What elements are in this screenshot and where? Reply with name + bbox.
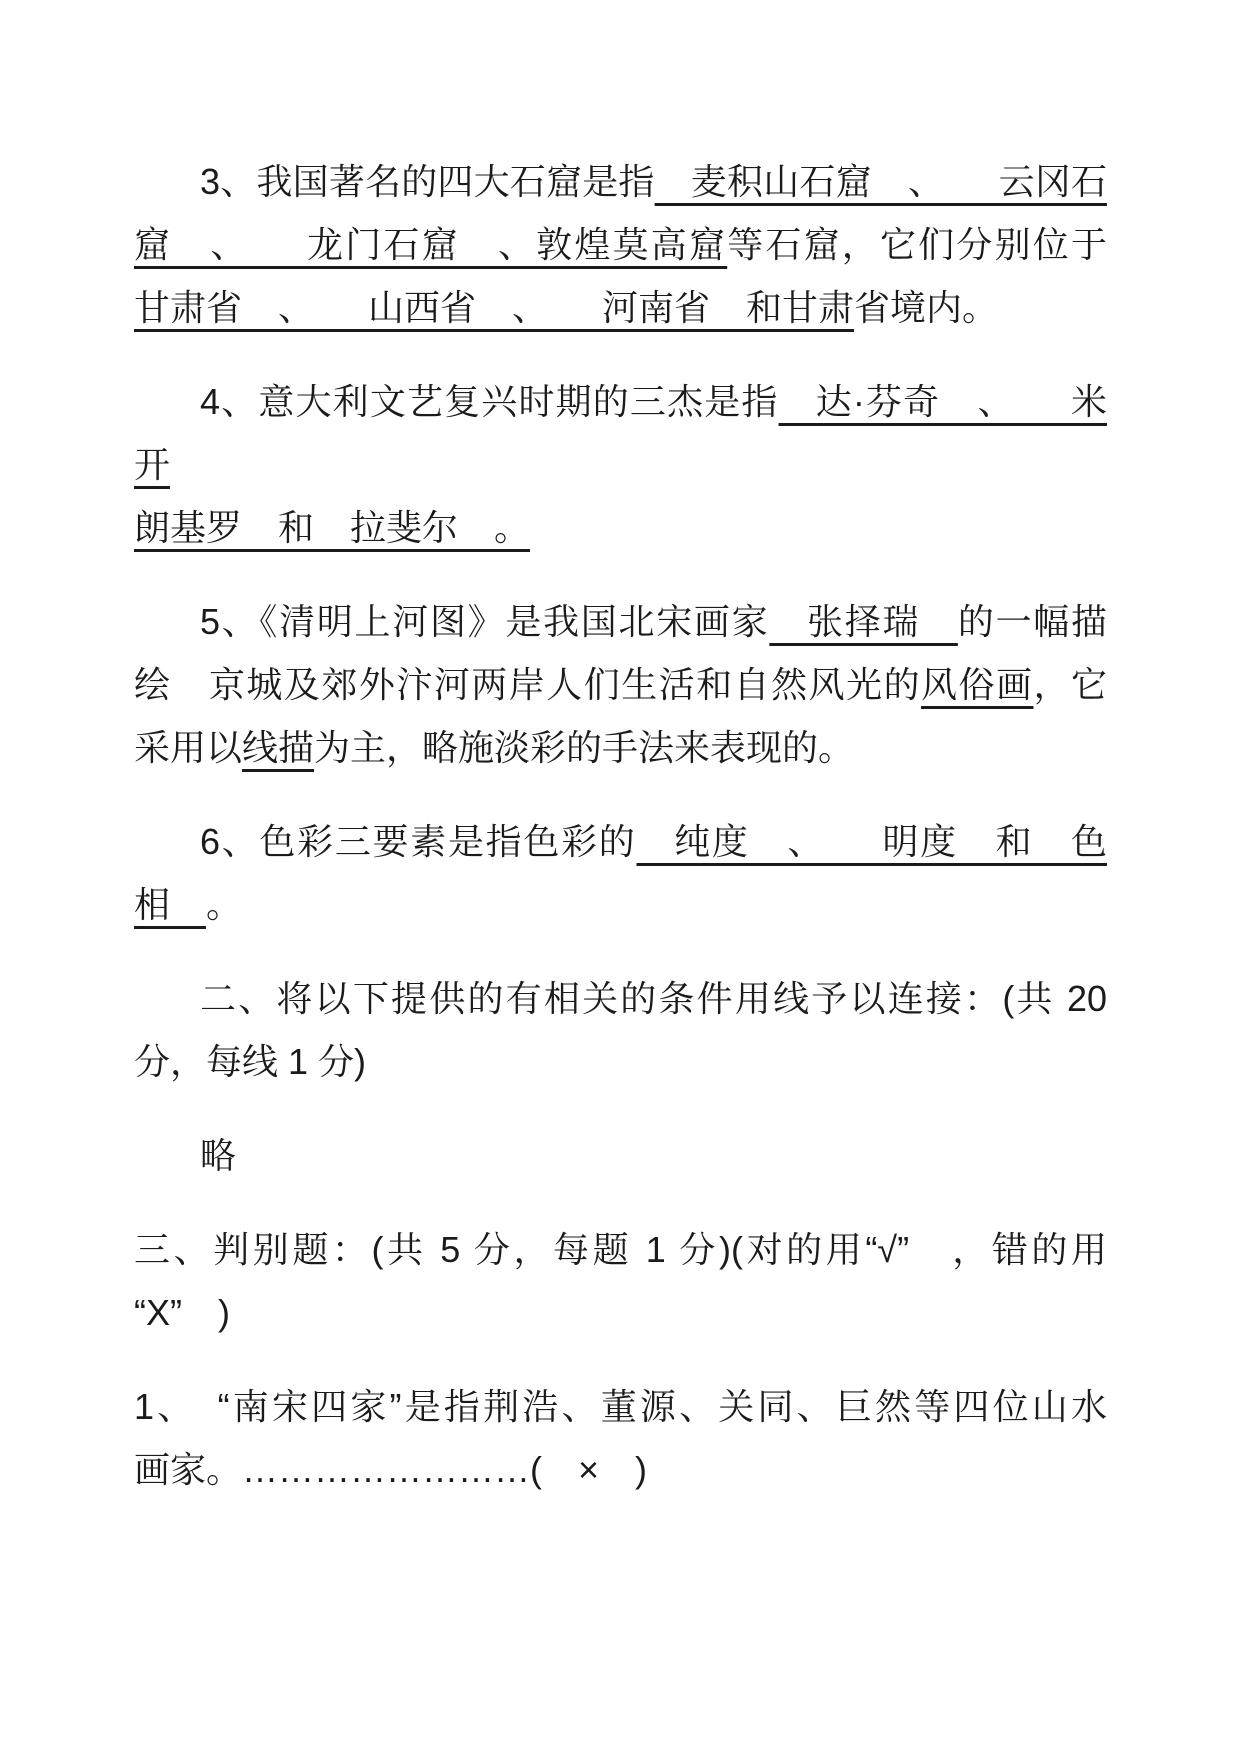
paragraph-question-4: 4、意大利文艺复兴时期的三杰是指 达·芬奇 、 米开朗基罗 和 拉斐尔 。 xyxy=(134,370,1107,559)
text-line: 4、意大利文艺复兴时期的三杰是指 达·芬奇 、 米开 xyxy=(134,370,1107,496)
text-line: 甘肃省 、 山西省 、 河南省 和甘肃省境内。 xyxy=(134,276,1107,339)
text-segment: 。 xyxy=(206,884,242,925)
text-line: 三、判别题：(共 5 分，每题 1 分)(对的用“√” ，错的用 xyxy=(134,1218,1107,1281)
answer-blank: 线描 xyxy=(242,727,314,768)
text-line: 画家。……………………( × ) xyxy=(134,1438,1107,1501)
text-segment: 等石窟，它们分别位于 xyxy=(727,224,1107,265)
text-line: 5、《清明上河图》是我国北宋画家 张择瑞 的一幅描 xyxy=(134,590,1107,653)
text-segment: 3、我国著名的四大石窟是指 xyxy=(200,161,655,202)
answer-blank: 朗基罗 和 拉斐尔 。 xyxy=(134,507,530,548)
answer-blank: 窟 、 龙门石窟 、敦煌莫高窟 xyxy=(134,224,727,265)
answer-blank: 风俗画 xyxy=(921,664,1033,705)
text-segment: 的一幅描 xyxy=(958,601,1107,642)
answer-blank: 甘肃省 、 山西省 、 河南省 和甘肃 xyxy=(134,287,854,328)
text-segment: 采用以 xyxy=(134,727,242,768)
text-segment: 1、 “南宋四家”是指荆浩、董源、关同、巨然等四位山水 xyxy=(134,1386,1107,1427)
text-segment: 省境内。 xyxy=(854,287,998,328)
text-segment: ，它 xyxy=(1033,664,1106,705)
text-segment: 6、色彩三要素是指色彩的 xyxy=(200,821,637,862)
answer-blank: 麦积山石窟 、 云冈石 xyxy=(655,161,1107,202)
text-segment: 分，每线 1 分) xyxy=(134,1041,366,1082)
text-segment: 三、判别题：(共 5 分，每题 1 分)(对的用“√” ，错的用 xyxy=(134,1229,1107,1270)
paragraph-skip-note: 略 xyxy=(134,1124,1107,1187)
text-line: 窟 、 龙门石窟 、敦煌莫高窟等石窟，它们分别位于 xyxy=(134,213,1107,276)
text-line: 相 。 xyxy=(134,873,1107,936)
text-line: “X” ) xyxy=(134,1281,1107,1344)
answer-blank: 张择瑞 xyxy=(769,601,958,642)
text-line: 采用以线描为主，略施淡彩的手法来表现的。 xyxy=(134,716,1107,779)
paragraph-section-2-heading: 二、将以下提供的有相关的条件用线予以连接：(共 20分，每线 1 分) xyxy=(134,967,1107,1093)
paragraph-tf-question-1: 1、 “南宋四家”是指荆浩、董源、关同、巨然等四位山水画家。……………………( … xyxy=(134,1375,1107,1501)
text-segment: 为主，略施淡彩的手法来表现的。 xyxy=(314,727,854,768)
text-line: 略 xyxy=(134,1124,1107,1187)
paragraph-question-6: 6、色彩三要素是指色彩的 纯度 、 明度 和 色相 。 xyxy=(134,810,1107,936)
text-segment: “X” ) xyxy=(134,1292,230,1333)
text-line: 朗基罗 和 拉斐尔 。 xyxy=(134,496,1107,559)
answer-blank: 相 xyxy=(134,884,206,925)
answer-blank: 纯度 、 明度 和 色 xyxy=(637,821,1107,862)
paragraph-question-5: 5、《清明上河图》是我国北宋画家 张择瑞 的一幅描绘 京城及郊外汴河两岸人们生活… xyxy=(134,590,1107,779)
text-segment: 5、《清明上河图》是我国北宋画家 xyxy=(200,601,769,642)
paragraph-question-3: 3、我国著名的四大石窟是指 麦积山石窟 、 云冈石窟 、 龙门石窟 、敦煌莫高窟… xyxy=(134,150,1107,339)
paragraph-section-3-heading: 三、判别题：(共 5 分，每题 1 分)(对的用“√” ，错的用“X” ) xyxy=(134,1218,1107,1344)
text-line: 3、我国著名的四大石窟是指 麦积山石窟 、 云冈石 xyxy=(134,150,1107,213)
text-line: 二、将以下提供的有相关的条件用线予以连接：(共 20 xyxy=(134,967,1107,1030)
text-line: 6、色彩三要素是指色彩的 纯度 、 明度 和 色 xyxy=(134,810,1107,873)
text-segment: 画家。……………………( × ) xyxy=(134,1449,647,1490)
text-segment: 二、将以下提供的有相关的条件用线予以连接：(共 20 xyxy=(200,978,1107,1019)
document-content: 3、我国著名的四大石窟是指 麦积山石窟 、 云冈石窟 、 龙门石窟 、敦煌莫高窟… xyxy=(134,150,1107,1501)
text-segment: 略 xyxy=(200,1135,236,1176)
document-page: 3、我国著名的四大石窟是指 麦积山石窟 、 云冈石窟 、 龙门石窟 、敦煌莫高窟… xyxy=(0,0,1241,1754)
text-line: 绘 京城及郊外汴河两岸人们生活和自然风光的风俗画，它 xyxy=(134,653,1107,716)
text-segment: 4、意大利文艺复兴时期的三杰是指 xyxy=(200,381,779,422)
text-segment: 绘 京城及郊外汴河两岸人们生活和自然风光的 xyxy=(134,664,921,705)
text-line: 分，每线 1 分) xyxy=(134,1030,1107,1093)
text-line: 1、 “南宋四家”是指荆浩、董源、关同、巨然等四位山水 xyxy=(134,1375,1107,1438)
